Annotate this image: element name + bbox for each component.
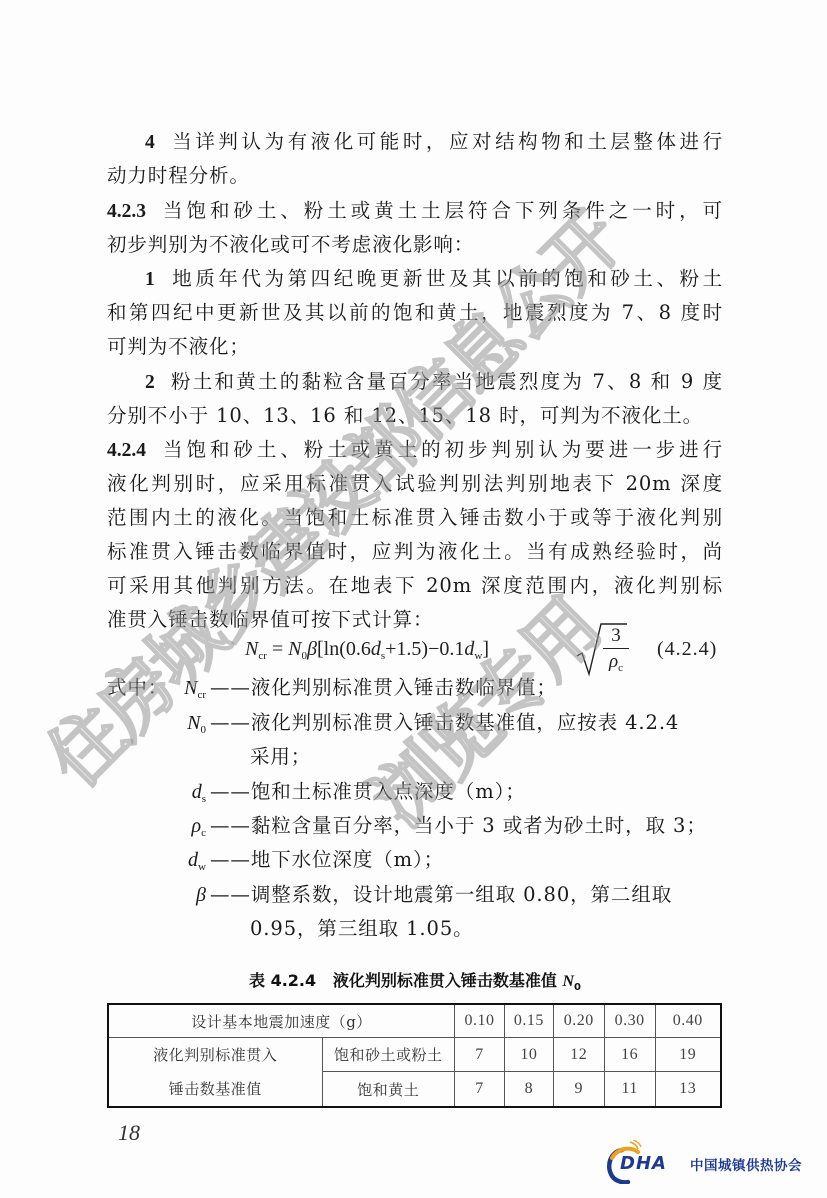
- clause-number: 4.2.3: [107, 201, 146, 222]
- definition-n0-cont: 采用；: [250, 744, 311, 770]
- text-line: 可采用其他判别方法。在地表下 20m 深度范围内，液化判别标: [107, 573, 723, 599]
- definition-beta: ——调整系数，设计地震第一组取 0.80，第二组取: [210, 882, 672, 908]
- line-text: 当饱和砂土、粉土或黄土的初步判别认为要进一步进行: [160, 438, 723, 461]
- symbol-d: d: [371, 638, 381, 660]
- dash: ——: [210, 676, 251, 699]
- table-cell: 9: [553, 1072, 604, 1107]
- symbol: N: [562, 973, 574, 990]
- line-text: 初步判别为不液化或可不考虑液化影响：: [107, 233, 474, 256]
- fraction: 3 ρc: [603, 624, 629, 681]
- header-cell: 0.40: [655, 1004, 721, 1038]
- table-cell: 19: [655, 1038, 721, 1072]
- def-symbol-ncr: Ncr: [150, 675, 206, 708]
- subscript: cr: [197, 689, 206, 701]
- text-line: 可判为不液化；: [107, 334, 723, 360]
- paragraph-item-1: 1地质年代为第四纪晚更新世及其以前的饱和砂土、粉土: [145, 266, 723, 293]
- symbol-n: N: [245, 638, 258, 660]
- definition-text: 0.95，第三组取 1.05。: [250, 917, 474, 940]
- soil-type: 饱和砂土或粉土: [322, 1038, 454, 1072]
- equation-number: (4.2.4): [657, 638, 717, 661]
- formula-part: ]: [482, 638, 489, 660]
- table-cell: 11: [604, 1072, 655, 1107]
- symbol-n: N: [288, 638, 301, 660]
- symbol: ρ: [192, 815, 202, 837]
- item-number: 1: [145, 269, 156, 290]
- line-text: 和第四纪中更新世及其以前的饱和黄土，地震烈度为 7、8 度时: [107, 301, 723, 324]
- page-number: 18: [118, 1120, 140, 1146]
- line-text: 液化判别时，应采用标准贯入试验判别法判别地表下 20m 深度: [107, 472, 723, 495]
- table-cell: 12: [553, 1038, 604, 1072]
- paragraph-item-4: 4当详判认为有液化可能时，应对结构物和土层整体进行: [145, 129, 723, 156]
- line-text: 粉土和黄土的黏粒含量百分率当地震烈度为 7、8 和 9 度: [170, 370, 723, 393]
- subscript: s: [202, 793, 206, 805]
- line-text: 动力时程分析。: [107, 164, 250, 187]
- definition-text: 液化判别标准贯入锤击数基准值，应按表 4.2.4: [251, 711, 679, 734]
- dash: ——: [210, 883, 251, 906]
- line-text: 可采用其他判别方法。在地表下 20m 深度范围内，液化判别标: [107, 574, 723, 597]
- def-symbol-rhoc: ρc: [150, 813, 206, 846]
- symbol-beta: β: [307, 638, 317, 660]
- dash: ——: [210, 814, 251, 837]
- subscript: w: [198, 861, 206, 873]
- header-cell: 0.10: [455, 1004, 505, 1038]
- text-line: 分别不小于 10、13、16 和 12、15、18 时，可判为不液化土。: [107, 403, 723, 429]
- symbol: d: [188, 849, 198, 871]
- clause-number: 4.2.4: [107, 440, 146, 461]
- group-label-line: 锤击数基准值: [109, 1072, 322, 1106]
- definition-text: 地下水位深度（m）；: [251, 848, 444, 871]
- definition-ds: ——饱和土标准贯入点深度（m）；: [210, 779, 526, 805]
- fraction-numerator: 3: [603, 624, 629, 649]
- line-text: 可判为不液化；: [107, 335, 250, 358]
- def-symbol-ds: ds: [150, 779, 206, 812]
- table-row: 液化判别标准贯入 锤击数基准值 饱和砂土或粉土 7 10 12 16 19: [108, 1038, 721, 1072]
- header-acceleration: 设计基本地震加速度（g）: [108, 1004, 455, 1038]
- document-page: 4当详判认为有液化可能时，应对结构物和土层整体进行 动力时程分析。 4.2.3当…: [0, 0, 827, 1198]
- line-text: 分别不小于 10、13、16 和 12、15、18 时，可判为不液化土。: [107, 404, 703, 427]
- definition-text: 采用；: [250, 745, 311, 768]
- n0-reference-table: 设计基本地震加速度（g） 0.10 0.15 0.20 0.30 0.40 液化…: [107, 1003, 722, 1108]
- formula-4-2-4: Ncr = N0β[ln(0.6ds+1.5)−0.1dw] 3 ρc (4.2…: [245, 622, 725, 680]
- dash: ——: [210, 780, 251, 803]
- table-cell: 7: [455, 1038, 505, 1072]
- def-symbol-beta: β: [150, 882, 206, 908]
- definition-dw: ——地下水位深度（m）；: [210, 847, 444, 873]
- group-label-line: 液化判别标准贯入: [109, 1038, 322, 1072]
- table-cell: 10: [504, 1038, 553, 1072]
- symbol-rho: ρ: [609, 651, 618, 672]
- logo-abbreviation: DHA: [620, 1153, 667, 1174]
- subscript: 0: [574, 982, 581, 993]
- cdha-logo: DHA 中国城镇供热协会: [604, 1140, 824, 1184]
- text-line: 动力时程分析。: [107, 163, 723, 189]
- subscript: c: [201, 827, 206, 839]
- definition-ncr: ——液化判别标准贯入锤击数临界值；: [210, 675, 557, 701]
- item-number: 4: [145, 132, 156, 153]
- formula-part: +1.5)−0.1: [385, 638, 464, 660]
- text-line: 初步判别为不液化或可不考虑液化影响：: [107, 232, 723, 258]
- table-header-row: 设计基本地震加速度（g） 0.10 0.15 0.20 0.30 0.40: [108, 1004, 721, 1038]
- subscript: c: [618, 662, 623, 674]
- def-symbol-dw: dw: [150, 847, 206, 880]
- text-line: 液化判别时，应采用标准贯入试验判别法判别地表下 20m 深度: [107, 471, 723, 497]
- table-caption: 表 4.2.4 液化判别标准贯入锤击数基准值 N0: [107, 969, 723, 1000]
- symbol: d: [192, 781, 202, 803]
- line-text: 当详判认为有液化可能时，应对结构物和土层整体进行: [170, 130, 723, 153]
- symbol: β: [196, 884, 206, 906]
- table-cell: 7: [455, 1072, 505, 1107]
- line-text: 当饱和砂土、粉土或黄土土层符合下列条件之一时，可: [160, 199, 723, 222]
- formula-part: [ln(0.6: [317, 638, 371, 660]
- table-number: 表 4.2.4: [249, 971, 316, 990]
- header-cell: 0.30: [604, 1004, 655, 1038]
- definition-text: 调整系数，设计地震第一组取 0.80，第二组取: [251, 883, 672, 906]
- definition-rhoc: ——黏粒含量百分率，当小于 3 或者为砂土时，取 3；: [210, 813, 707, 839]
- definition-text: 饱和土标准贯入点深度（m）；: [251, 780, 526, 803]
- header-cell: 0.20: [553, 1004, 604, 1038]
- soil-type: 饱和黄土: [322, 1072, 454, 1107]
- line-text: 范围内土的液化。当饱和土标准贯入锤击数小于或等于液化判别: [107, 506, 723, 529]
- clause-4-2-4: 4.2.4当饱和砂土、粉土或黄土的初步判别认为要进一步进行: [107, 437, 723, 464]
- definition-beta-cont: 0.95，第三组取 1.05。: [250, 916, 474, 942]
- symbol: N: [184, 677, 197, 699]
- line-text: 标准贯入锤击数临界值时，应判为液化土。当有成熟经验时，尚: [107, 540, 723, 563]
- formula-expression: Ncr = N0β[ln(0.6ds+1.5)−0.1dw]: [245, 638, 489, 662]
- text-line: 和第四纪中更新世及其以前的饱和黄土，地震烈度为 7、8 度时: [107, 300, 723, 326]
- dash: ——: [210, 711, 251, 734]
- table-cell: 16: [604, 1038, 655, 1072]
- definition-text: 黏粒含量百分率，当小于 3 或者为砂土时，取 3；: [251, 814, 707, 837]
- table-cell: 13: [655, 1072, 721, 1107]
- fraction-denominator: ρc: [603, 649, 629, 681]
- header-cell: 0.15: [504, 1004, 553, 1038]
- table-title: 液化判别标准贯入锤击数基准值: [333, 971, 557, 990]
- subscript: cr: [258, 650, 267, 662]
- definition-n0: ——液化判别标准贯入锤击数基准值，应按表 4.2.4: [210, 710, 679, 736]
- symbol-d: d: [464, 638, 474, 660]
- definition-text: 液化判别标准贯入锤击数临界值；: [251, 676, 557, 699]
- equals-sign: =: [272, 638, 283, 660]
- def-symbol-n0: N0: [150, 710, 206, 743]
- text-line: 标准贯入锤击数临界值时，应判为液化土。当有成熟经验时，尚: [107, 539, 723, 565]
- group-label: 液化判别标准贯入 锤击数基准值: [108, 1038, 322, 1108]
- line-text: 地质年代为第四纪晚更新世及其以前的饱和砂土、粉土: [170, 267, 723, 290]
- logo-organization-name: 中国城镇供热协会: [690, 1154, 802, 1174]
- clause-4-2-3: 4.2.3当饱和砂土、粉土或黄土土层符合下列条件之一时，可: [107, 198, 723, 225]
- symbol: N: [187, 712, 200, 734]
- dash: ——: [210, 848, 251, 871]
- text-line: 范围内土的液化。当饱和土标准贯入锤击数小于或等于液化判别: [107, 505, 723, 531]
- paragraph-item-2: 2粉土和黄土的黏粒含量百分率当地震烈度为 7、8 和 9 度: [145, 369, 723, 396]
- item-number: 2: [145, 372, 156, 393]
- subscript: 0: [201, 724, 207, 736]
- table-cell: 8: [504, 1072, 553, 1107]
